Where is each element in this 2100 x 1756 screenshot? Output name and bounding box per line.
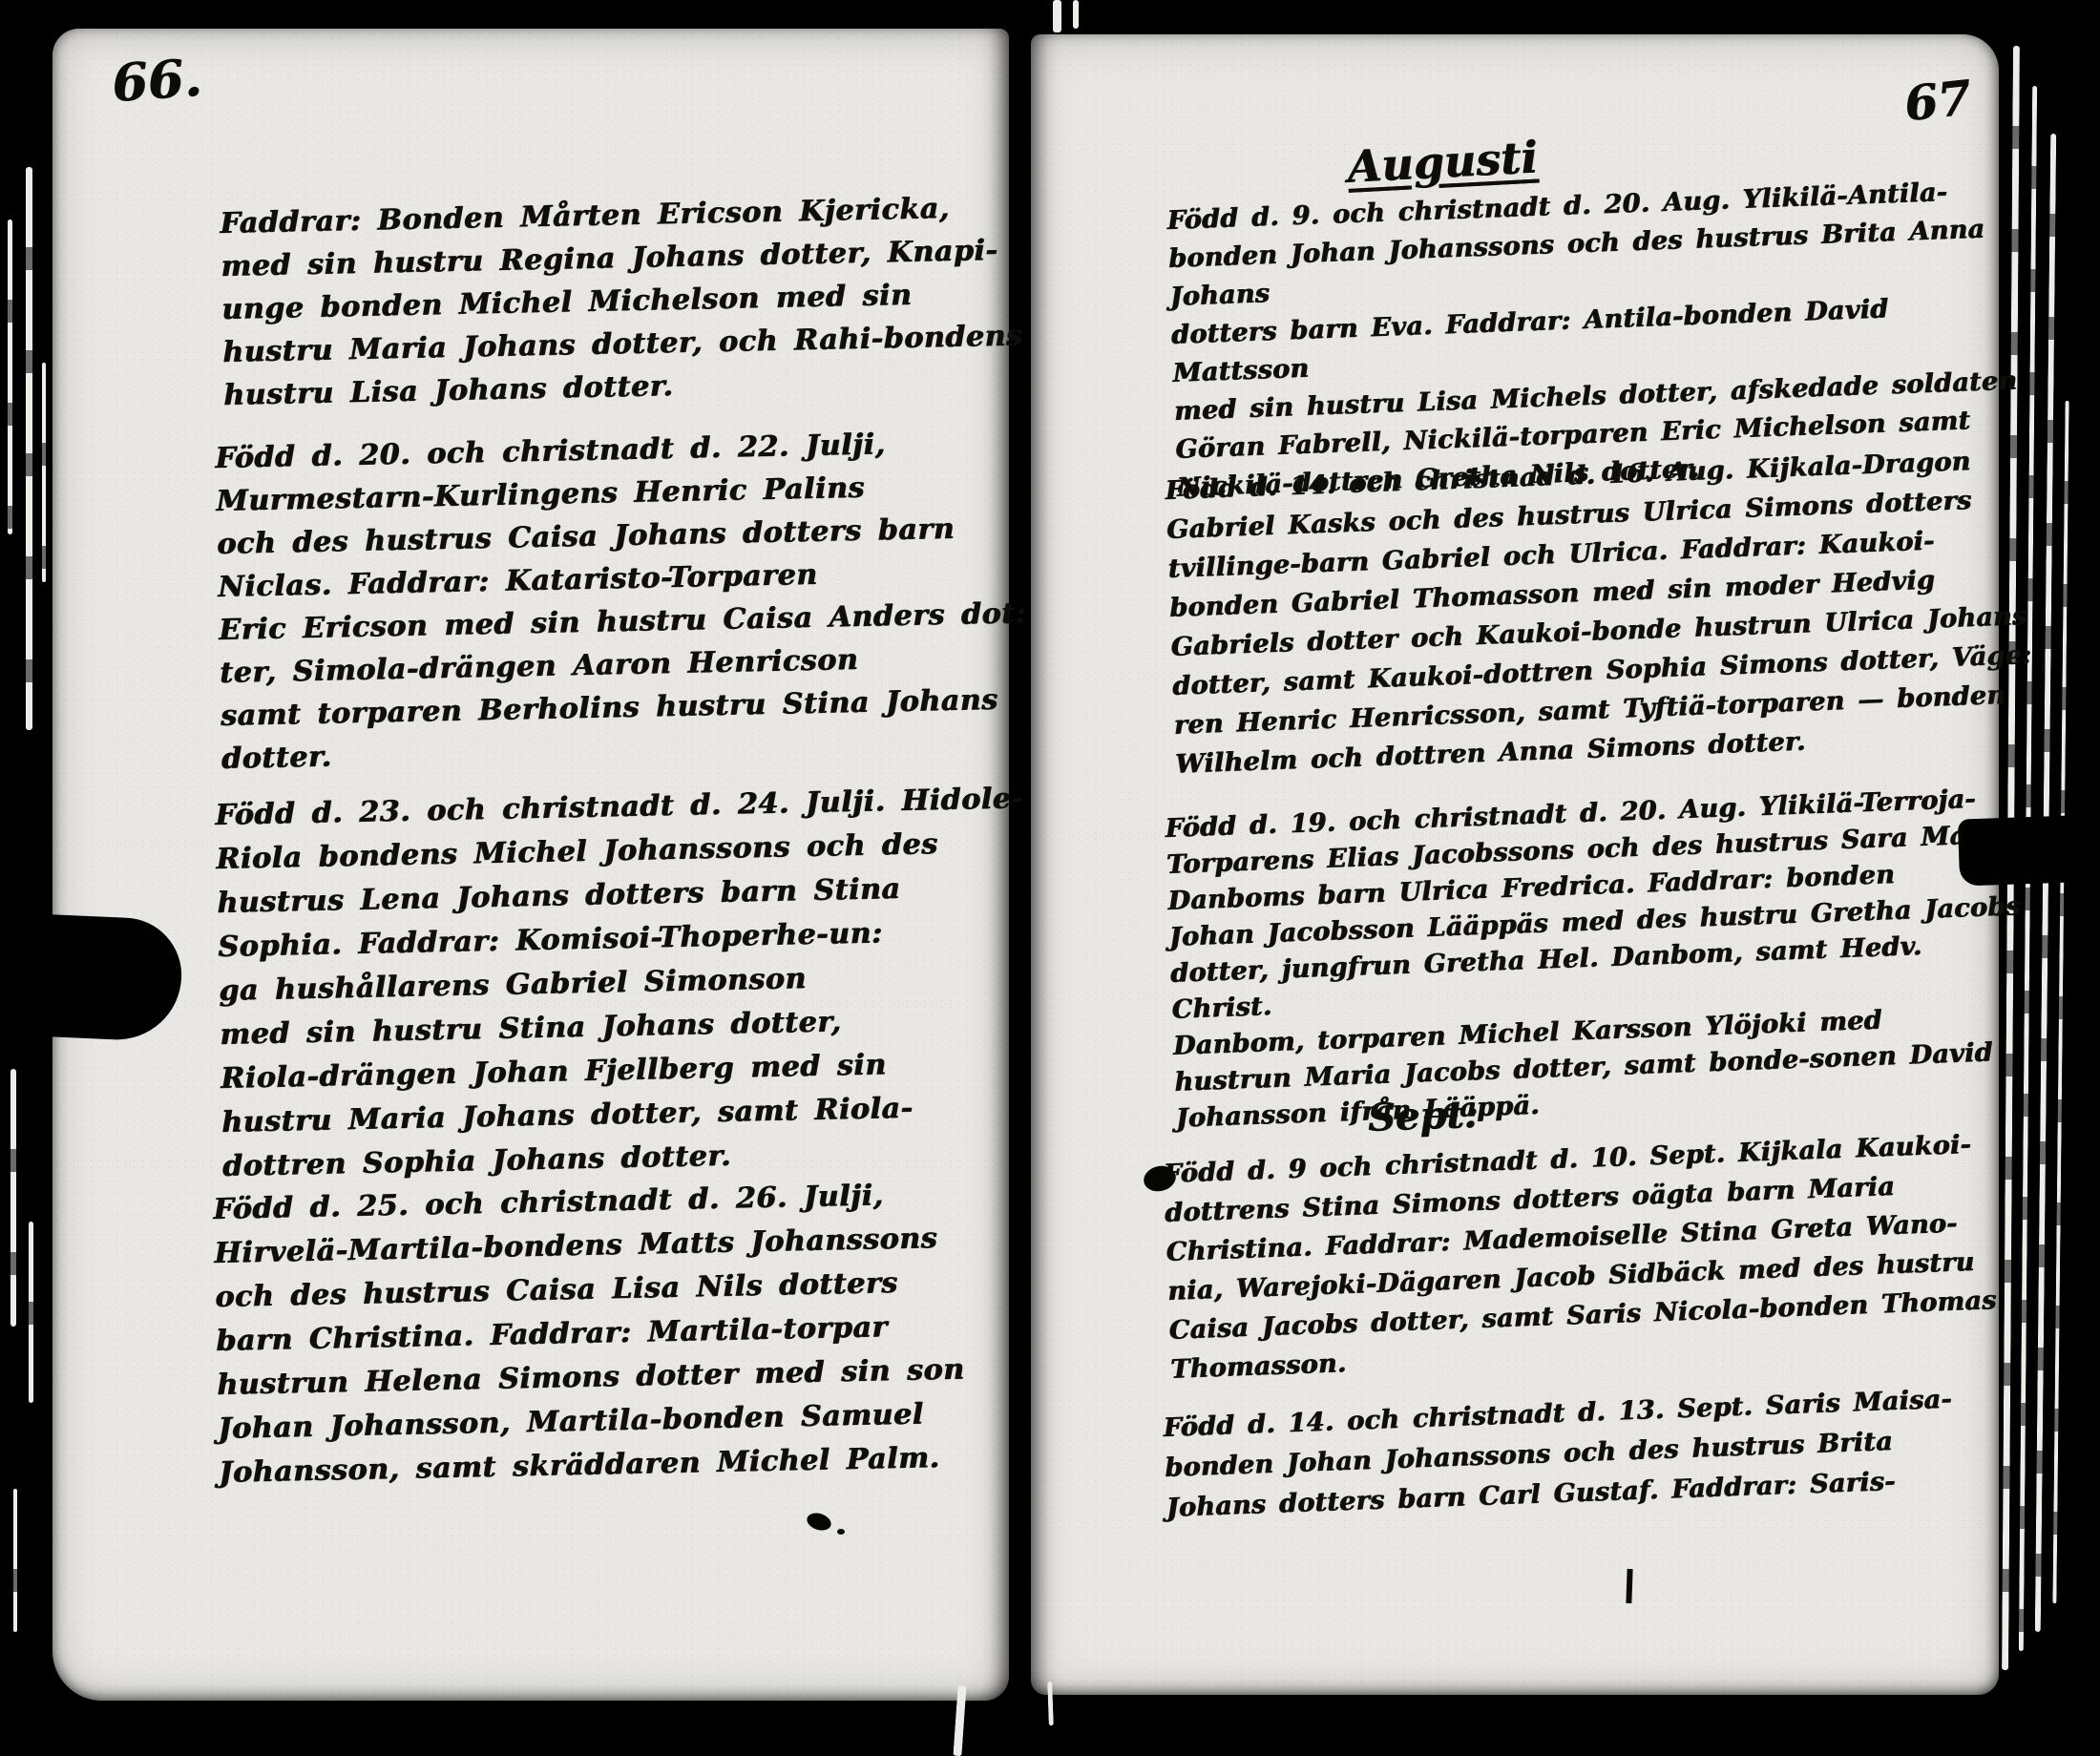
left-page: 66. Faddrar: Bonden Mårten Ericson Kjeri…	[52, 29, 1009, 1701]
baptism-entry-left-4: Född d. 25. och christnadt d. 26. Julji,…	[213, 1171, 1031, 1495]
baptism-entry-right-2: Född d. 14. och christnad d. 16. Aug. Ki…	[1165, 440, 2039, 784]
page-edge-streak	[10, 1069, 16, 1327]
ink-blot	[805, 1510, 833, 1533]
page-edge-streak	[29, 1222, 33, 1403]
page-edge-streak	[8, 219, 12, 534]
book-clamp-right	[1958, 814, 2100, 886]
baptism-entry-right-4: Född d. 9 och christnadt d. 10. Sept. Ki…	[1163, 1123, 2034, 1390]
right-page-number: 67	[1901, 70, 1973, 133]
page-edge-streak	[1073, 0, 1079, 29]
baptism-entry-right-3: Född d. 19. och christnadt d. 20. Aug. Y…	[1165, 780, 2040, 1138]
baptism-entry-left-1: Faddrar: Bonden Mårten Ericson Kjericka,…	[220, 185, 1036, 417]
baptism-entry-left-3: Född d. 23. och christnadt d. 24. Julji.…	[215, 777, 1034, 1189]
page-edge-streak	[26, 167, 32, 730]
book-clamp-left	[0, 912, 184, 1042]
right-page: 67 Augusti Född d. 9. och christnadt d. …	[1031, 34, 1999, 1695]
register-scan: { "scan": { "background_color": "#000000…	[0, 0, 2100, 1756]
page-edge-streak	[13, 1489, 17, 1632]
page-edge-streak	[42, 363, 46, 582]
month-heading-september: Sept:	[1367, 1092, 1479, 1140]
baptism-entry-left-2: Född d. 20. och christnadt d. 22. Julji,…	[215, 420, 1033, 781]
crease-mark	[1626, 1569, 1632, 1603]
month-heading-august: Augusti	[1346, 132, 1539, 193]
page-edge-streak	[1053, 0, 1061, 32]
left-page-number: 66.	[110, 47, 203, 114]
page-edge-streak	[2052, 401, 2068, 1603]
ink-blot-small	[837, 1529, 845, 1535]
baptism-entry-right-5: Född d. 14. och christnadt d. 13. Sept. …	[1163, 1377, 2030, 1529]
